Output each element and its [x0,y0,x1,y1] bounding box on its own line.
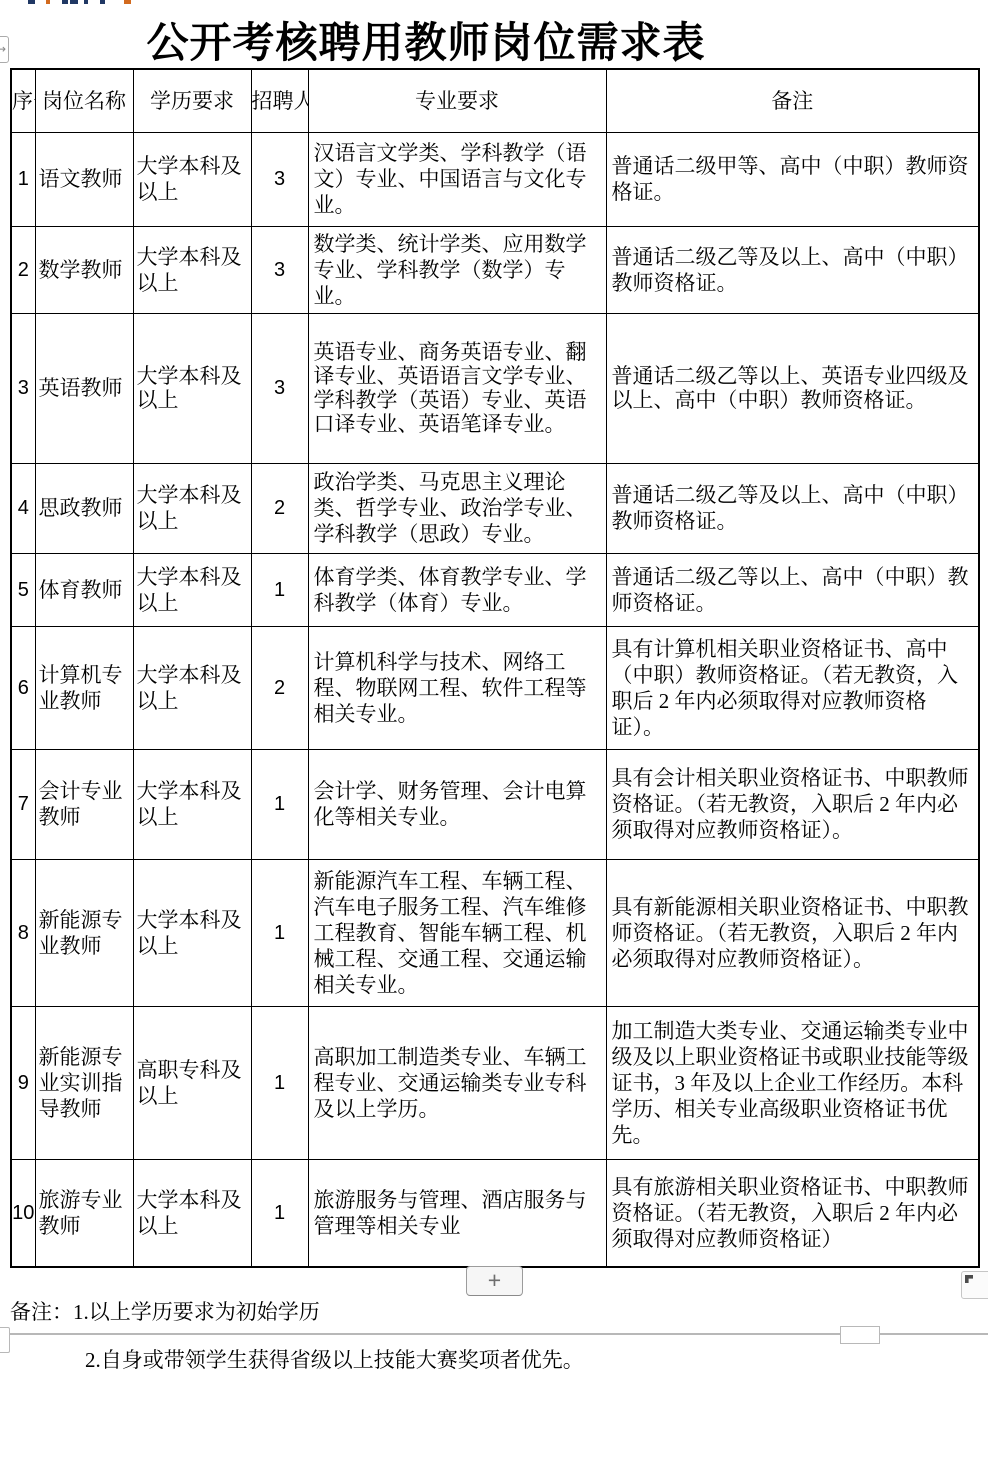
cell-serial-number: 6 [11,626,35,749]
plus-icon: + [488,1267,501,1293]
clipped-text-fragment [100,0,105,4]
table-row: 10 旅游专业教师 大学本科及以上 1 旅游服务与管理、酒店服务与管理等相关专业… [11,1159,979,1267]
cell-position-name: 语文教师 [35,132,133,226]
cell-education-requirement: 大学本科及以上 [133,626,251,749]
cell-serial-number: 10 [11,1159,35,1267]
cell-serial-number: 1 [11,132,35,226]
cell-position-name: 数学教师 [35,226,133,313]
cell-position-name: 会计专业教师 [35,749,133,859]
teacher-requirements-table: 序号 岗位名称 学历要求 招聘人数 专业要求 备注 1 语文教师 大学本科及以上… [10,68,980,1268]
clipped-text-fragment [70,0,78,4]
resize-corner-icon [965,1275,973,1283]
footnote-1: 备注：1.以上学历要求为初始学历 [10,1299,320,1326]
table-row: 2 数学教师 大学本科及以上 3 数学类、统计学类、应用数学专业、学科教学（数学… [11,226,979,313]
cell-remarks: 普通话二级乙等及以上、高中（中职）教师资格证。 [606,463,979,553]
cell-recruit-count: 3 [251,226,308,313]
cell-serial-number: 5 [11,553,35,626]
cell-remarks: 具有会计相关职业资格证书、中职教师资格证。（若无教资，入职后 2 年内必须取得对… [606,749,979,859]
cell-serial-number: 8 [11,859,35,1006]
cell-education-requirement: 大学本科及以上 [133,226,251,313]
clipped-text-fragment [46,0,50,4]
cell-major-requirement: 会计学、财务管理、会计电算化等相关专业。 [308,749,606,859]
cell-major-requirement: 高职加工制造类专业、车辆工程专业、交通运输类专业专科及以上学历。 [308,1006,606,1159]
cell-serial-number: 4 [11,463,35,553]
cell-recruit-count: 3 [251,132,308,226]
cell-serial-number: 7 [11,749,35,859]
cell-recruit-count: 1 [251,1159,308,1267]
cell-recruit-count: 3 [251,313,308,463]
cell-major-requirement: 体育学类、体育教学专业、学科教学（体育）专业。 [308,553,606,626]
cell-major-requirement: 英语专业、商务英语专业、翻译专业、英语语言文学专业、学科教学（英语）专业、英语口… [308,313,606,463]
table-row: 7 会计专业教师 大学本科及以上 1 会计学、财务管理、会计电算化等相关专业。 … [11,749,979,859]
cell-serial-number: 2 [11,226,35,313]
cell-education-requirement: 大学本科及以上 [133,463,251,553]
cell-remarks: 普通话二级乙等以上、高中（中职）教师资格证。 [606,553,979,626]
table-row: 6 计算机专业教师 大学本科及以上 2 计算机科学与技术、网络工程、物联网工程、… [11,626,979,749]
cell-education-requirement: 大学本科及以上 [133,1159,251,1267]
cell-education-requirement: 大学本科及以上 [133,749,251,859]
clipped-text-fragment [62,0,68,4]
cell-education-requirement: 大学本科及以上 [133,859,251,1006]
left-edge-marker-box [0,1327,10,1353]
cell-position-name: 新能源专业实训指导教师 [35,1006,133,1159]
header-serial-number: 序号 [11,69,35,132]
cell-position-name: 思政教师 [35,463,133,553]
header-recruit-count: 招聘人数 [251,69,308,132]
header-education-requirement: 学历要求 [133,69,251,132]
table-body: 1 语文教师 大学本科及以上 3 汉语言文学类、学科教学（语文）专业、中国语言与… [11,132,979,1267]
cell-recruit-count: 1 [251,859,308,1006]
cell-recruit-count: 2 [251,626,308,749]
cell-education-requirement: 大学本科及以上 [133,313,251,463]
cell-major-requirement: 旅游服务与管理、酒店服务与管理等相关专业 [308,1159,606,1267]
page-title: 公开考核聘用教师岗位需求表 [0,10,852,70]
cell-remarks: 普通话二级乙等及以上、高中（中职）教师资格证。 [606,226,979,313]
header-row: 序号 岗位名称 学历要求 招聘人数 专业要求 备注 [11,69,979,132]
cell-remarks: 普通话二级乙等以上、英语专业四级及以上、高中（中职）教师资格证。 [606,313,979,463]
cell-position-name: 英语教师 [35,313,133,463]
cell-position-name: 体育教师 [35,553,133,626]
cell-position-name: 计算机专业教师 [35,626,133,749]
cell-major-requirement: 汉语言文学类、学科教学（语文）专业、中国语言与文化专业。 [308,132,606,226]
clipped-text-fragment [124,0,131,4]
cell-position-name: 旅游专业教师 [35,1159,133,1267]
cell-remarks: 具有新能源相关职业资格证书、中职教师资格证。（若无教资，入职后 2 年内必须取得… [606,859,979,1006]
cell-education-requirement: 大学本科及以上 [133,132,251,226]
cell-serial-number: 3 [11,313,35,463]
cell-remarks: 具有计算机相关职业资格证书、高中（中职）教师资格证。（若无教资，入职后 2 年内… [606,626,979,749]
insert-row-button[interactable]: + [466,1266,523,1296]
header-position-name: 岗位名称 [35,69,133,132]
cell-recruit-count: 1 [251,749,308,859]
table-row: 4 思政教师 大学本科及以上 2 政治学类、马克思主义理论类、哲学专业、政治学专… [11,463,979,553]
cell-major-requirement: 计算机科学与技术、网络工程、物联网工程、软件工程等相关专业。 [308,626,606,749]
cell-recruit-count: 1 [251,1006,308,1159]
header-remarks: 备注 [606,69,979,132]
table-row: 8 新能源专业教师 大学本科及以上 1 新能源汽车工程、车辆工程、汽车电子服务工… [11,859,979,1006]
cell-recruit-count: 2 [251,463,308,553]
cell-position-name: 新能源专业教师 [35,859,133,1006]
cell-major-requirement: 新能源汽车工程、车辆工程、汽车电子服务工程、汽车维修工程教育、智能车辆工程、机械… [308,859,606,1006]
cell-major-requirement: 数学类、统计学类、应用数学专业、学科教学（数学）专业。 [308,226,606,313]
cell-serial-number: 9 [11,1006,35,1159]
cell-education-requirement: 大学本科及以上 [133,553,251,626]
cell-major-requirement: 政治学类、马克思主义理论类、哲学专业、政治学专业、学科教学（思政）专业。 [308,463,606,553]
table-resize-handle[interactable] [961,1271,988,1299]
cell-recruit-count: 1 [251,553,308,626]
table-row: 5 体育教师 大学本科及以上 1 体育学类、体育教学专业、学科教学（体育）专业。… [11,553,979,626]
cell-remarks: 加工制造大类专业、交通运输类专业中级及以上职业资格证书或职业技能等级证书，3 年… [606,1006,979,1159]
header-major-requirement: 专业要求 [308,69,606,132]
cell-education-requirement: 高职专科及以上 [133,1006,251,1159]
cell-remarks: 普通话二级甲等、高中（中职）教师资格证。 [606,132,979,226]
cell-remarks: 具有旅游相关职业资格证书、中职教师资格证。（若无教资，入职后 2 年内必须取得对… [606,1159,979,1267]
table-row: 1 语文教师 大学本科及以上 3 汉语言文学类、学科教学（语文）专业、中国语言与… [11,132,979,226]
table-row: 9 新能源专业实训指导教师 高职专科及以上 1 高职加工制造类专业、车辆工程专业… [11,1006,979,1159]
clipped-text-fragment [84,0,88,4]
divider-marker-box [840,1326,880,1344]
clipped-text-fragment [28,0,35,4]
table-row: 3 英语教师 大学本科及以上 3 英语专业、商务英语专业、翻译专业、英语语言文学… [11,313,979,463]
footnote-2: 2.自身或带领学生获得省级以上技能大赛奖项者优先。 [85,1347,584,1374]
